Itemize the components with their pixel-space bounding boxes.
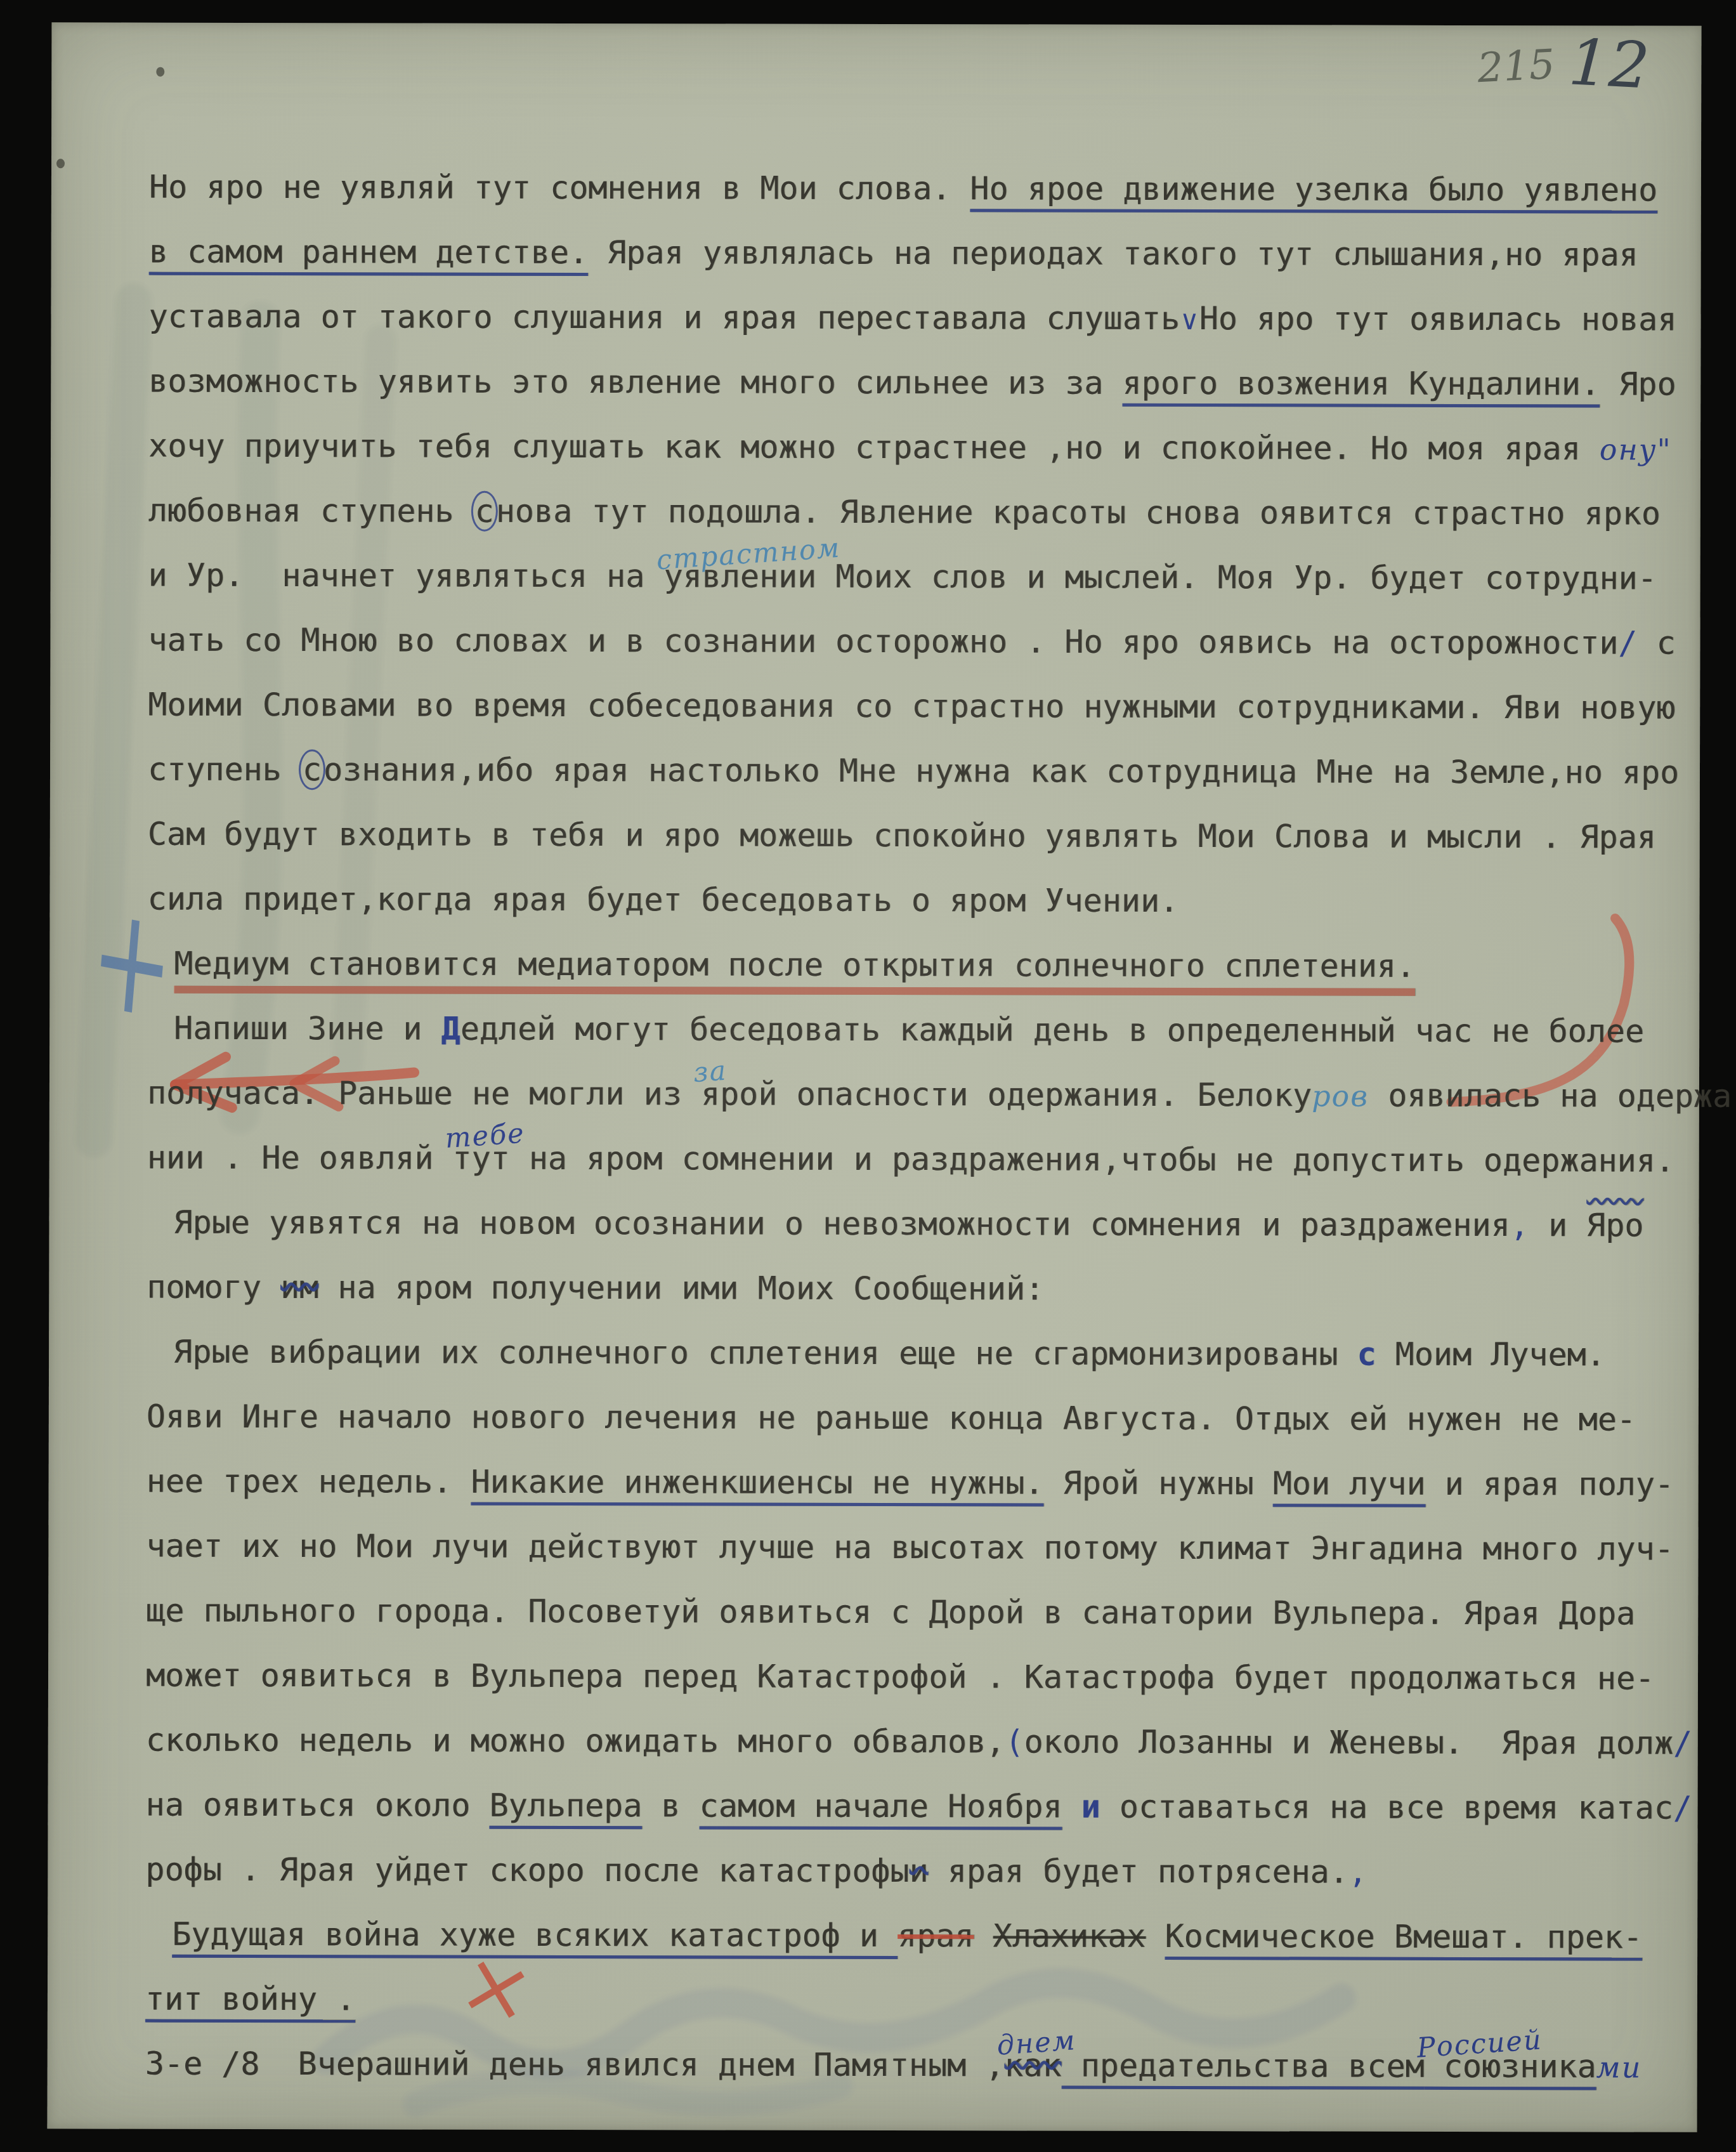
text-line: 3-е /8 Вчерашний день явился днем Памятн… — [145, 2031, 1672, 2099]
text-segment: Ояви Инге начало нового лечения не раньш… — [147, 1398, 1636, 1438]
text-segment: ступень — [148, 751, 301, 789]
text-segment: оставаться на все время катас — [1100, 1788, 1673, 1827]
text-segment: оявилась на одержа- — [1369, 1077, 1736, 1115]
text-segment: Но ярое движение узелка было уявлено — [970, 170, 1657, 208]
text-line: и Ур. начнет уявляться на страстномуявле… — [148, 543, 1675, 611]
text-segment: Моих слов и мыслей. Моя Ур. будет сотруд… — [816, 558, 1657, 597]
text-line: нее трех недель. Никакие инженкшиенсы не… — [147, 1449, 1673, 1517]
text-segment: с — [1637, 625, 1675, 662]
text-segment: Ярые вибрации их солнечного сплетения ещ… — [173, 1334, 1357, 1373]
text-line: в самом раннем детстве. Ярая уявлялась н… — [149, 220, 1676, 287]
text-segment: чает их но Мои лучи действуют лучше на в… — [146, 1528, 1673, 1568]
text-segment: сколько недель и можно ожидать много обв… — [146, 1722, 1005, 1761]
text-segment: нии . Не оявляй — [147, 1139, 453, 1177]
text-segment: с — [1357, 1336, 1376, 1373]
text-segment: ярой опасности одержания. Белоку — [701, 1075, 1312, 1113]
text-segment: Космическое Вмешат. прек- — [1165, 1918, 1642, 1956]
paper-sheet: 215 12 + × Но яро не уявляй тут сомнения… — [48, 22, 1702, 2132]
scan-background: 215 12 + × Но яро не уявляй тут сомнения… — [0, 0, 1736, 2152]
text-segment: Сам будут входить в тебя и яро можешь сп… — [148, 816, 1656, 856]
text-line: нии . Не оявляй тебетут на яром сомнении… — [147, 1125, 1674, 1193]
text-line: Ояви Инге начало нового лечения не раньш… — [147, 1384, 1673, 1452]
text-line: Напиши Зине и Дедлей могут беседовать ка… — [147, 996, 1674, 1064]
text-segment: Моими Словами во время собеседования со … — [148, 686, 1675, 726]
text-line: на оявиться около Вульпера в самом начал… — [145, 1773, 1672, 1840]
text-segment — [1062, 1788, 1081, 1825]
handwritten-insertion: днем — [996, 2028, 1076, 2060]
text-line: Будущая война хуже всяких катастроф и яр… — [145, 1902, 1672, 1970]
handwritten-insertion-anchor: днемкак — [1004, 2047, 1061, 2083]
text-segment: Ярой нужны — [1043, 1465, 1272, 1502]
text-segment: и — [1081, 1788, 1100, 1825]
text-segment: нова тут подошла. Явление красоты снова … — [496, 493, 1661, 532]
handwritten-insertion-anchor: тебетут — [452, 1140, 509, 1177]
text-segment: ров — [1312, 1079, 1369, 1113]
text-segment: Ярая уявлялась на периодах такого тут сл… — [588, 234, 1638, 273]
text-line: Но яро не уявляй тут сомнения в Мои слов… — [149, 155, 1676, 223]
text-segment: Хлахиках — [993, 1917, 1146, 1955]
text-segment: Яро — [1586, 1207, 1643, 1243]
text-segment: самом начале Ноября — [700, 1787, 1062, 1825]
text-line: получаса. Раньше не могли из заярой опас… — [147, 1061, 1674, 1129]
text-line: любовная ступень снова тут подошла. Явле… — [148, 478, 1675, 546]
text-segment: едлей могут беседовать каждый день в опр… — [460, 1011, 1644, 1050]
text-segment: ярого возжения Кундалини. — [1122, 365, 1600, 403]
text-line: уставала от такого слушания и ярая перес… — [148, 284, 1675, 352]
text-segment: возможность уявить это явление много сил… — [148, 363, 1122, 402]
text-line: Моими Словами во время собеседования со … — [148, 672, 1674, 740]
text-segment: , — [1510, 1207, 1529, 1243]
text-segment: хочу приучить тебя слушать как можно стр… — [148, 428, 1600, 468]
text-segment: Моим Лучем. — [1376, 1336, 1605, 1374]
text-segment: ярая будет потрясена. — [929, 1853, 1348, 1890]
text-segment: ∨ — [1180, 305, 1199, 336]
text-segment: Вульпера — [489, 1787, 642, 1825]
text-line: возможность уявить это явление много сил… — [148, 349, 1675, 417]
text-segment: Никакие инженкшиенсы не нужны. — [471, 1464, 1043, 1502]
text-segment: Д — [441, 1011, 460, 1047]
text-line: Сам будут входить в тебя и яро можешь сп… — [148, 802, 1674, 870]
text-segment: Ярые уявятся на новом осознании о невозм… — [173, 1204, 1510, 1243]
text-line: Ярые вибрации их солнечного сплетения ещ… — [147, 1320, 1673, 1388]
text-segment: предательства всем — [1062, 2047, 1425, 2085]
text-line: ще пыльного города. Посоветуй оявиться с… — [146, 1578, 1673, 1646]
text-segment: и ярая полу- — [1425, 1466, 1673, 1503]
text-segment: и — [909, 1853, 928, 1889]
handwritten-insertion-anchor: заярой опасности одержания. Белоку — [701, 1075, 1312, 1113]
text-segment — [974, 1917, 993, 1954]
text-segment — [1145, 1918, 1165, 1955]
text-segment: может оявиться в Вульпера перед Катастро… — [146, 1657, 1654, 1697]
text-segment: ще пыльного города. Посоветуй оявиться с… — [146, 1592, 1635, 1632]
text-segment: в — [642, 1787, 699, 1824]
text-segment: Будущая война хуже всяких катастроф и — [172, 1916, 897, 1954]
text-line: помогу им на яром получении ими Моих Соо… — [147, 1255, 1673, 1323]
text-line: сила придет,когда ярая будет беседовать … — [147, 867, 1674, 935]
text-line: может оявиться в Вульпера перед Катастро… — [146, 1643, 1673, 1711]
text-segment: около Лозанны и Женевы. Ярая долж — [1024, 1723, 1673, 1761]
text-segment: , — [1348, 1854, 1367, 1891]
text-line: хочу приучить тебя слушать как можно стр… — [148, 414, 1675, 482]
text-line: чает их но Мои лучи действуют лучше на в… — [146, 1514, 1673, 1582]
text-segment: Яро — [1600, 365, 1676, 402]
text-segment: / — [1673, 1725, 1692, 1762]
text-segment: на оявиться около — [146, 1787, 490, 1824]
text-segment: с — [299, 749, 325, 790]
text-segment: Но яро тут оявилась новая — [1199, 300, 1677, 338]
handwritten-insertion-anchor: страстномуявлении — [663, 558, 816, 595]
text-segment: уставала от такого слушания и ярая перес… — [148, 298, 1180, 337]
handwritten-insertion: тебе — [444, 1120, 526, 1153]
text-segment: Медиум становится медиатором после откры… — [174, 945, 1415, 985]
text-segment: ону" — [1600, 432, 1672, 466]
text-line: Ярые уявятся на новом осознании о невозм… — [147, 1190, 1673, 1258]
text-segment: 3-е /8 Вчерашний день явился днем Памятн… — [145, 2045, 1005, 2084]
text-segment: / — [1673, 1790, 1692, 1827]
text-line: ступень сознания,ибо ярая настолько Мне … — [148, 737, 1674, 805]
text-line: рофы . Ярая уйдет скоро после катастрофы… — [145, 1837, 1672, 1905]
text-segment: ( — [1005, 1723, 1024, 1760]
text-segment: / — [1618, 624, 1637, 661]
text-segment: любовная ступень — [148, 492, 473, 530]
text-line: чать со Мною во словах и в сознании осто… — [148, 608, 1674, 676]
text-segment: рофы . Ярая уйдет скоро после катастрофы — [145, 1851, 909, 1890]
text-segment: ми — [1596, 2050, 1642, 2084]
text-line: Медиум становится медиатором после откры… — [147, 931, 1674, 999]
text-segment: им — [280, 1269, 318, 1306]
text-segment: и — [1529, 1207, 1586, 1243]
text-segment: ярая — [897, 1917, 974, 1954]
handwritten-insertion-anchor: Россией союзника — [1425, 2048, 1596, 2085]
text-segment: Но яро не уявляй тут сомнения в Мои слов… — [149, 169, 970, 207]
text-segment: получаса. Раньше не могли из — [147, 1075, 701, 1113]
text-segment: чать со Мною во словах и в сознании осто… — [148, 622, 1618, 662]
text-segment: в самом раннем детстве. — [149, 233, 588, 271]
text-segment: с — [471, 491, 498, 532]
text-segment: нее трех недель. — [147, 1463, 471, 1500]
text-segment: и Ур. начнет уявляться на — [148, 557, 664, 595]
text-segment: помогу — [147, 1269, 280, 1306]
text-segment: на яром получении ими Моих Сообщений: — [318, 1269, 1044, 1307]
text-segment: сила придет,когда ярая будет беседовать … — [148, 881, 1179, 919]
text-segment: Мои лучи — [1273, 1465, 1426, 1502]
text-line: сколько недель и можно ожидать много обв… — [146, 1708, 1673, 1776]
text-segment: тит войну . — [145, 1981, 355, 2018]
text-segment: на яром сомнении и раздражения,чтобы не … — [510, 1140, 1674, 1179]
text-line: тит войну . — [145, 1967, 1672, 2035]
handwritten-insertion: за — [693, 1058, 728, 1087]
text-segment: ознания,ибо ярая настолько Мне нужна как… — [323, 751, 1679, 791]
text-segment: Напиши Зине и — [174, 1010, 441, 1047]
document-lines: Но яро не уявляй тут сомнения в Мои слов… — [48, 22, 1702, 2099]
